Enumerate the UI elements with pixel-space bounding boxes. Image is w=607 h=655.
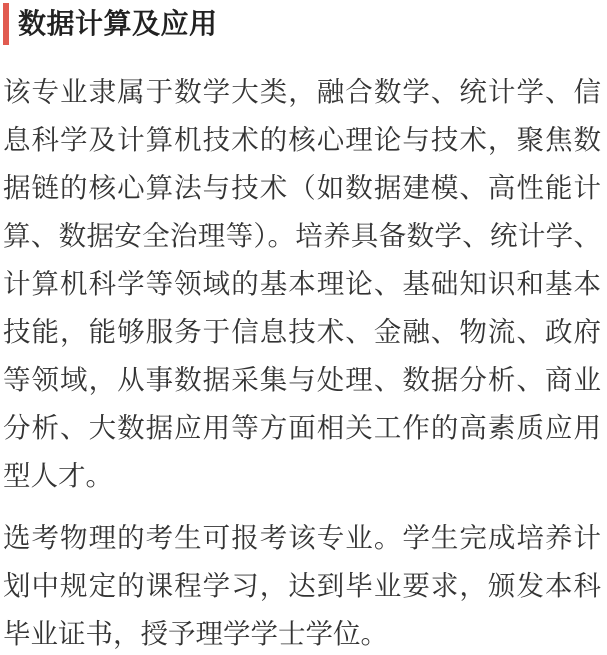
major-description-page: 数据计算及应用 该专业隶属于数学大类，融合数学、统计学、信息科学及计算机技术的核… (0, 0, 607, 655)
page-title: 数据计算及应用 (3, 3, 601, 45)
admission-degree-paragraph: 选考物理的考生可报考该专业。学生完成培养计划中规定的课程学习，达到毕业要求，颁发… (3, 514, 601, 655)
major-overview-paragraph: 该专业隶属于数学大类，融合数学、统计学、信息科学及计算机技术的核心理论与技术，聚… (3, 68, 601, 500)
